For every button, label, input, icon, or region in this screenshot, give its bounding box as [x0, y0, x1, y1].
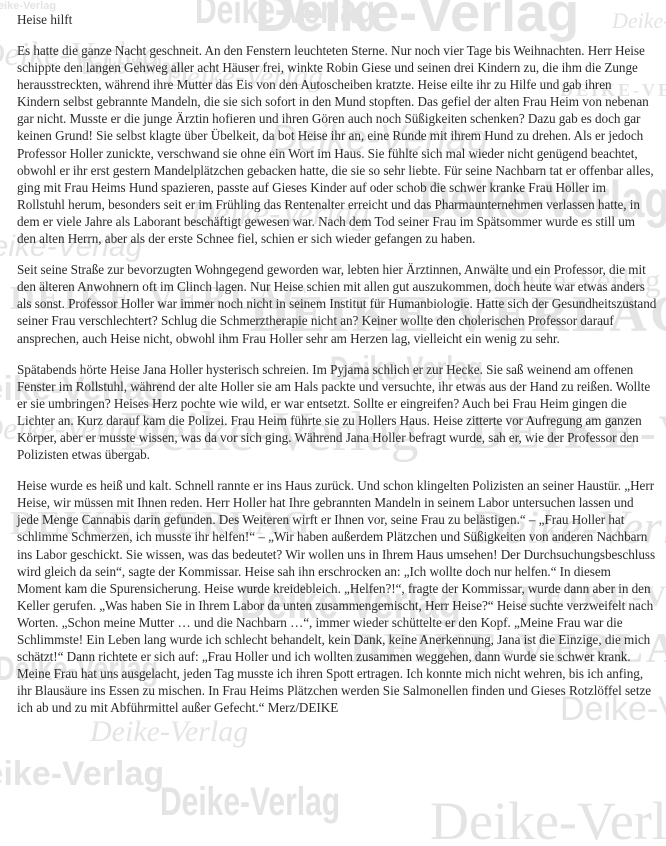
- paragraph-4: Heise wurde es heiß und kalt. Schnell ra…: [17, 477, 657, 716]
- paragraph-2: Seit seine Straße zur bevorzugten Wohnge…: [17, 261, 657, 346]
- watermark: Deike-Verlag: [160, 780, 340, 825]
- document-title: Heise hilft: [17, 11, 657, 28]
- watermark: Deike-Verlag: [0, 755, 164, 794]
- watermark: Deike-Verlag: [430, 790, 666, 846]
- document: Heise hilft Es hatte die ganze Nacht ges…: [0, 0, 657, 716]
- paragraph-3: Spätabends hörte Heise Jana Holler hyste…: [17, 361, 657, 464]
- watermark: Deike-Verlag: [90, 715, 248, 749]
- paragraph-1: Es hatte die ganze Nacht geschneit. An d…: [17, 42, 657, 247]
